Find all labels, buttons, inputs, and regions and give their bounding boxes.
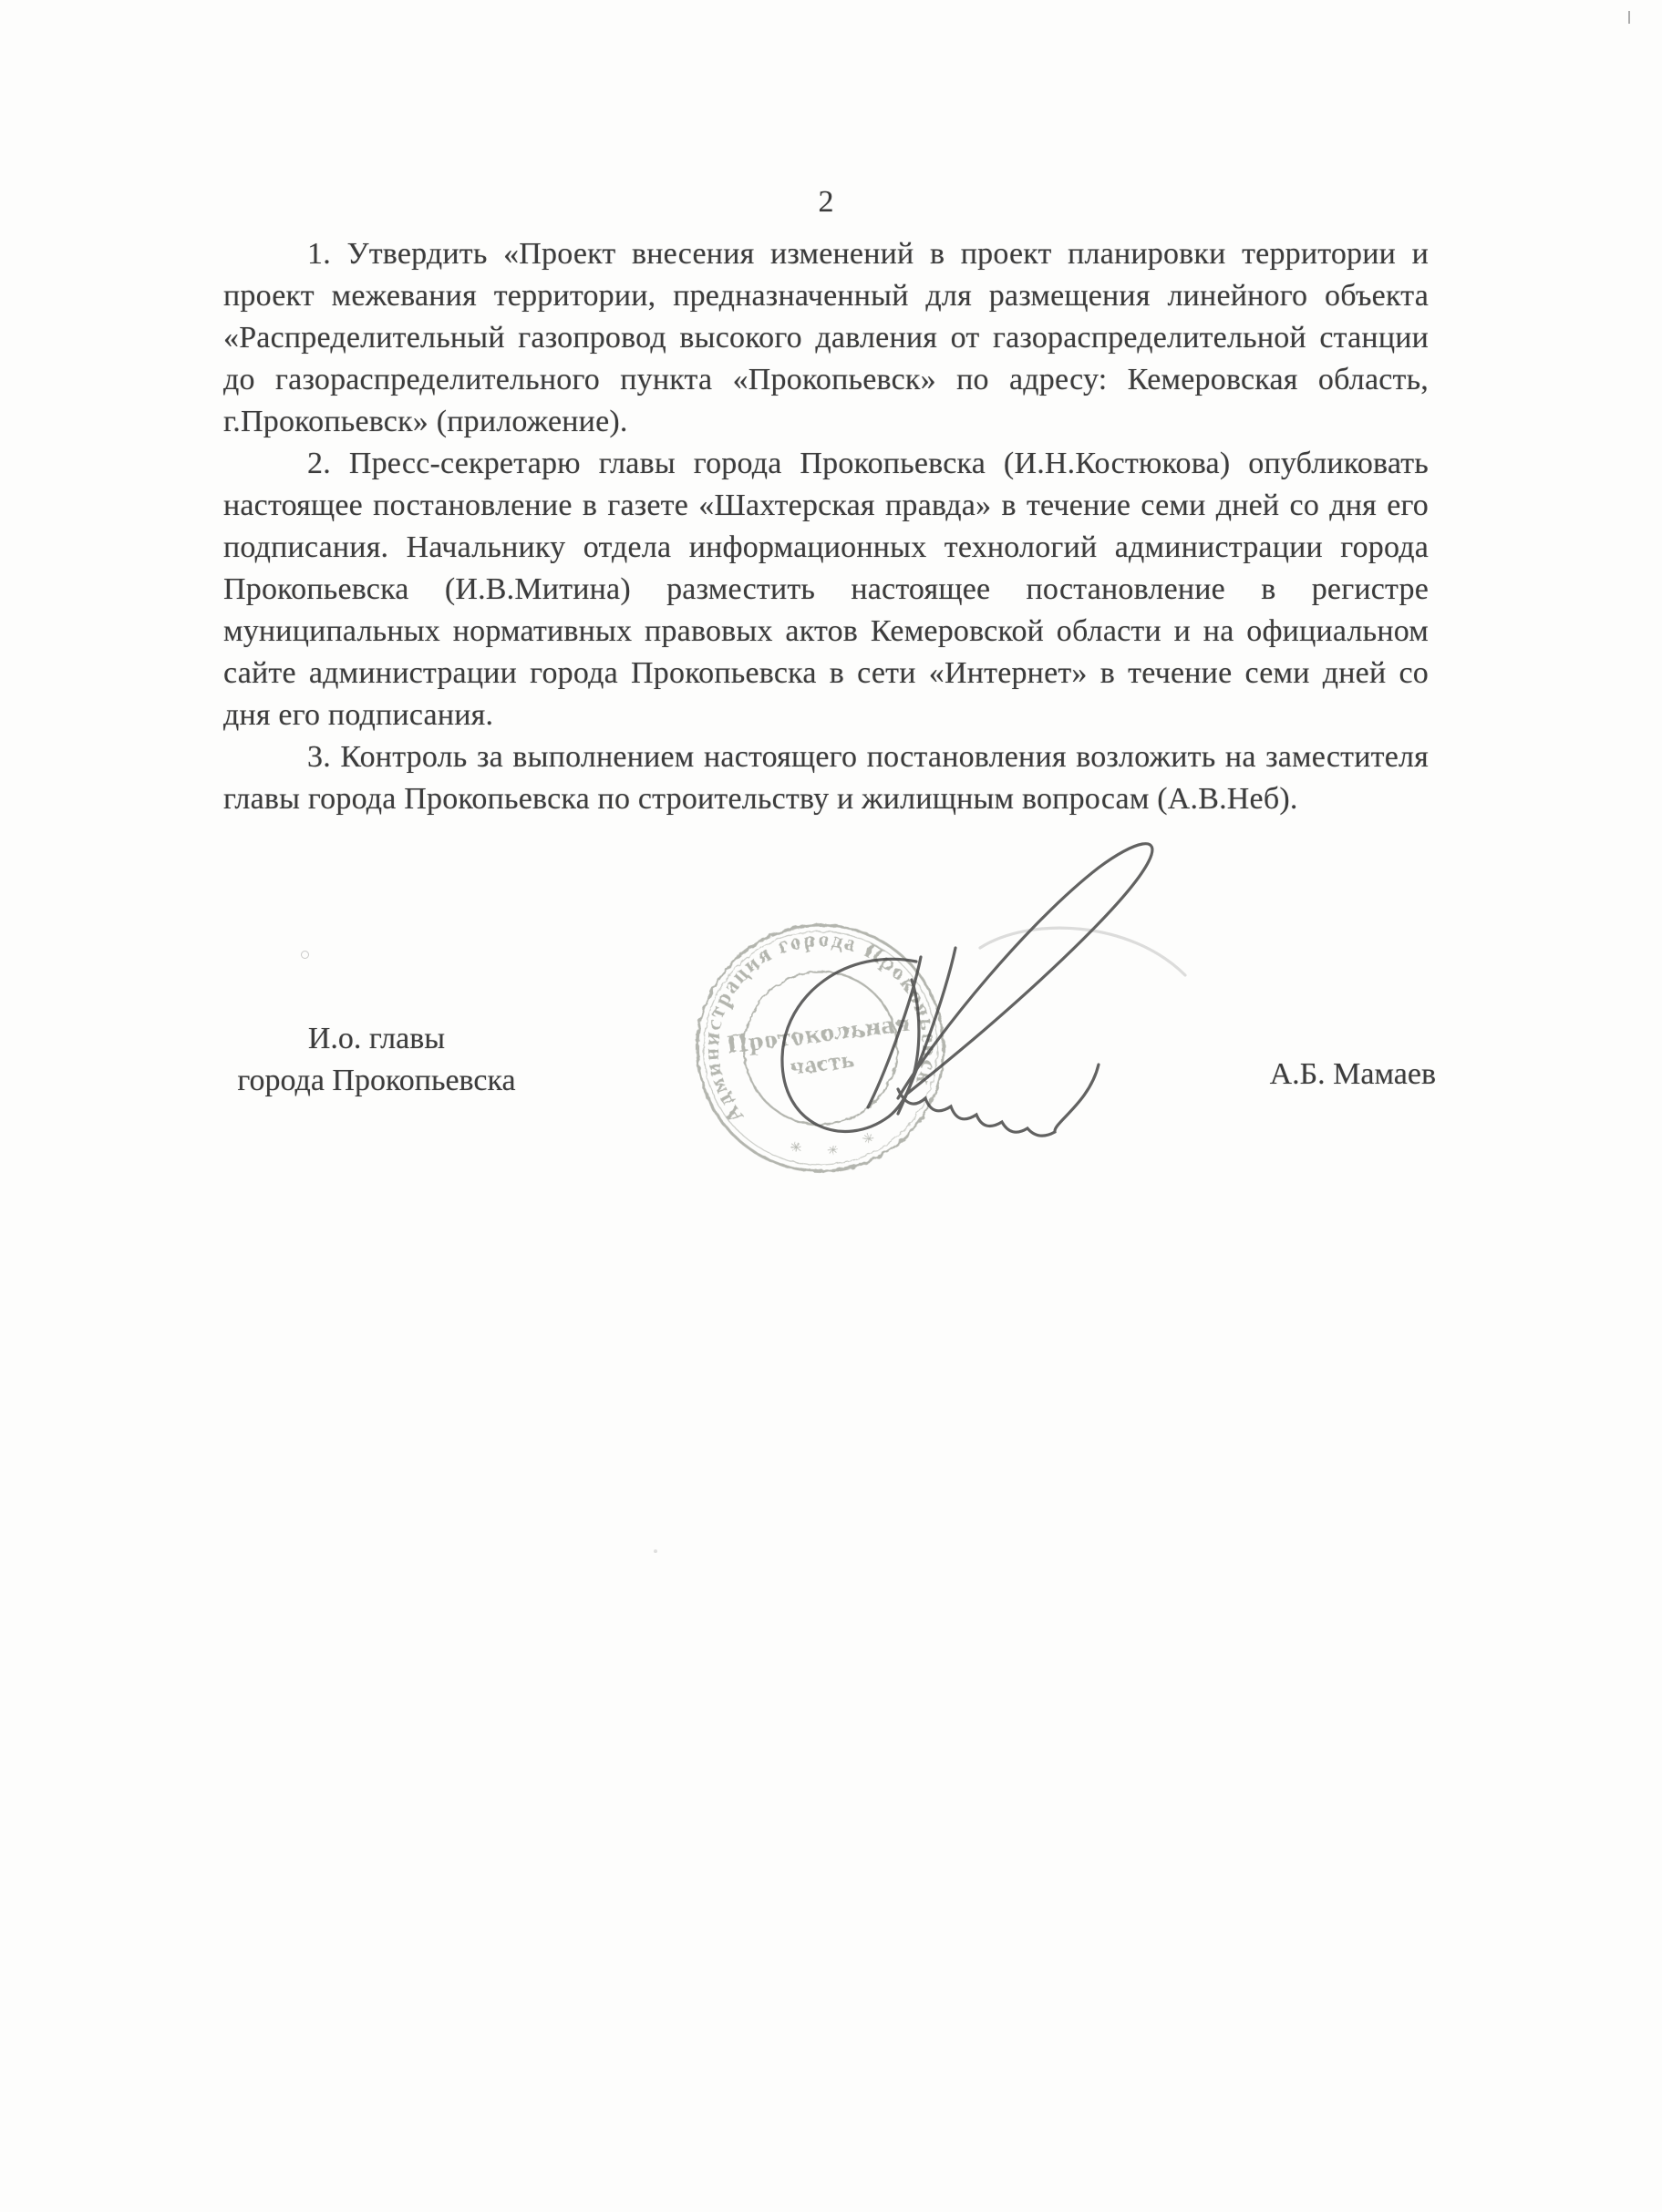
stamp-ornament-icon: ✳ bbox=[790, 1140, 802, 1156]
stamp-center-text-line2: часть bbox=[789, 1046, 856, 1080]
stamp-ornament-icon: ✳ bbox=[862, 1132, 874, 1147]
paragraph-2: 2. Пресс-секретарю главы города Прокопье… bbox=[223, 443, 1429, 736]
page-number: 2 bbox=[223, 185, 1429, 220]
stamp-ornament-icon: ✳ bbox=[827, 1143, 840, 1158]
document-page: 2 1. Утвердить «Проект внесения изменени… bbox=[0, 0, 1662, 2212]
handwritten-signature-icon bbox=[782, 844, 1185, 1136]
paragraph-1: 1. Утвердить «Проект внесения изменений … bbox=[223, 233, 1429, 443]
stamp-outer-ring bbox=[684, 911, 958, 1186]
paragraph-3: 3. Контроль за выполнением настоящего по… bbox=[223, 736, 1429, 820]
document-body: 1. Утвердить «Проект внесения изменений … bbox=[223, 233, 1429, 820]
scan-speck bbox=[654, 1549, 657, 1553]
signature-title: И.о. главы города Прокопьевска bbox=[222, 1018, 532, 1102]
signature-title-line1: И.о. главы bbox=[222, 1018, 532, 1060]
stamp-and-signature-area: Администрация города Прокопьевска Проток… bbox=[638, 820, 1276, 1249]
signature-title-line2: города Прокопьевска bbox=[222, 1060, 532, 1102]
scan-speck bbox=[301, 951, 309, 959]
scan-speck bbox=[1628, 11, 1630, 24]
